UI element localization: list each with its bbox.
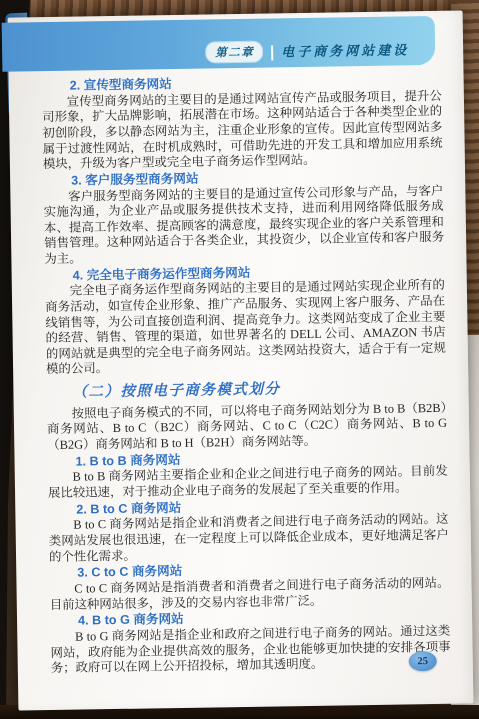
body-paragraph: 按照电子商务模式的不同，可以将电子商务网站划分为 B to B（B2B）商务网站…: [47, 401, 448, 454]
book-page: 第二章 电子商务网站建设 2. 宣传型商务网站 宣传型商务网站的主要目的是通过网…: [8, 10, 474, 710]
body-paragraph: C to C 商务网站是指消费者和消费者之间进行电子商务活动的网站。目前这种网站…: [49, 576, 449, 613]
page-content: 2. 宣传型商务网站 宣传型商务网站的主要目的是通过网站宣传产品或服务项目，提升…: [42, 72, 451, 677]
chapter-title: 电子商务网站建设: [281, 39, 409, 61]
body-paragraph: B to C 商务网站是指企业和消费者之间进行电子商务活动的网站。这类网站发展也…: [48, 512, 449, 565]
page-number: 25: [417, 656, 428, 667]
chapter-header-band: 第二章 电子商务网站建设: [2, 16, 436, 72]
chapter-badge: 第二章: [206, 42, 262, 63]
body-paragraph: B to G 商务网站是指企业和政府之间进行电子商务的网站。通过这类网站，政府能…: [50, 624, 451, 677]
body-paragraph: 完全电子商务运作型商务网站的主要目的是通过网站实现企业所有的商务活动，如宣传企业…: [45, 278, 446, 378]
subsection-heading: （二）按照电子商务模式划分: [46, 379, 446, 402]
header-divider: [271, 45, 273, 60]
body-paragraph: 宣传型商务网站的主要目的是通过网站宣传产品或服务项目，提升公司形象，扩大品牌影响…: [42, 89, 443, 173]
body-paragraph: 客户服务型商务网站的主要目的是通过宣传公司形象与产品，与客户实施沟通，为企业产品…: [43, 183, 444, 267]
body-paragraph: B to B 商务网站主要指企业和企业之间进行电子商务的网站。目前发展比较迅速，…: [48, 464, 448, 501]
